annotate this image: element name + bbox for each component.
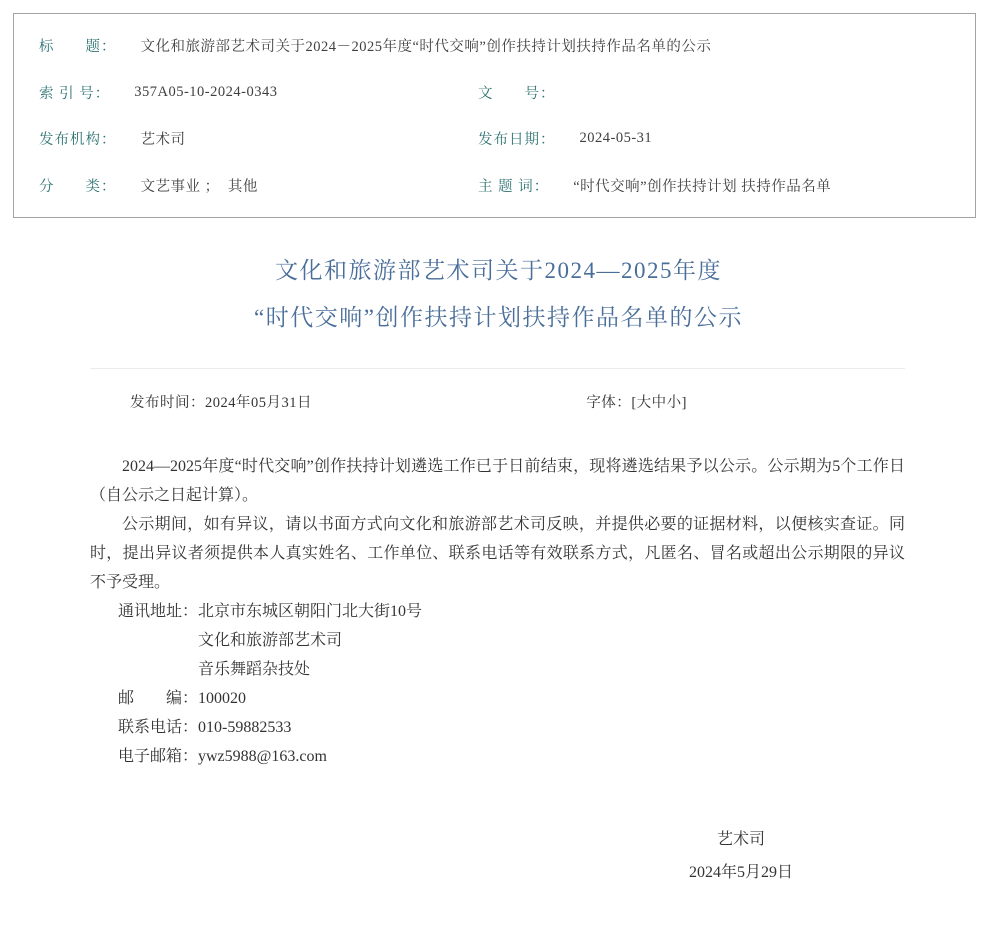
font-selector-bracket-close: ] xyxy=(682,395,687,411)
contact-email-label: 电子邮箱： xyxy=(118,742,198,771)
info-cell-agency: 发布机构： 艺术司 xyxy=(14,128,478,149)
document-body: 2024—2025年度“时代交响”创作扶持计划遴选工作已于日前结束，现将遴选结果… xyxy=(90,452,905,889)
pub-date-label: 发布日期： xyxy=(478,128,556,149)
agency-label: 发布机构： xyxy=(39,128,117,149)
publish-info-bar: 发布时间：2024年05月31日 字体：[大中小] xyxy=(90,368,905,412)
contact-address-value2: 文化和旅游部艺术司 xyxy=(198,626,342,655)
contact-address-line: 通讯地址： 北京市东城区朝阳门北大街10号 xyxy=(118,597,905,626)
info-cell-title: 标 题： 文化和旅游部艺术司关于2024－2025年度“时代交响”创作扶持计划扶… xyxy=(14,35,975,56)
contact-spacer xyxy=(118,626,198,655)
publish-time-value: 2024年05月31日 xyxy=(205,395,312,411)
signature: 艺术司 2024年5月29日 xyxy=(689,823,793,889)
index-no-label: 索 引 号： xyxy=(39,82,110,103)
contact-spacer xyxy=(118,655,198,684)
page-title-line1: 文化和旅游部艺术司关于2024—2025年度 xyxy=(0,247,997,294)
info-row-index: 索 引 号： 357A05-10-2024-0343 文 号： xyxy=(14,70,975,114)
page-title: 文化和旅游部艺术司关于2024—2025年度 “时代交响”创作扶持计划扶持作品名… xyxy=(0,247,997,341)
info-cell-pub-date: 发布日期： 2024-05-31 xyxy=(478,128,975,149)
publish-time-label: 发布时间： xyxy=(130,395,205,411)
contact-email-value: ywz5988@163.com xyxy=(198,742,327,771)
article: 文化和旅游部艺术司关于2024—2025年度 “时代交响”创作扶持计划扶持作品名… xyxy=(0,218,997,889)
body-paragraph-1: 2024—2025年度“时代交响”创作扶持计划遴选工作已于日前结束，现将遴选结果… xyxy=(90,452,905,510)
body-paragraph-2: 公示期间，如有异议，请以书面方式向文化和旅游部艺术司反映，并提供必要的证据材料，… xyxy=(90,510,905,597)
contact-email-line: 电子邮箱： ywz5988@163.com xyxy=(118,742,905,771)
agency-value: 艺术司 xyxy=(141,128,186,149)
info-cell-subject: 主 题 词： “时代交响”创作扶持计划 扶持作品名单 xyxy=(478,175,975,196)
category-value: 文艺事业 ； 其他 xyxy=(141,175,258,196)
font-size-small-button[interactable]: 小 xyxy=(667,395,682,411)
contact-address-value3: 音乐舞蹈杂技处 xyxy=(198,655,310,684)
contact-address-line3: 音乐舞蹈杂技处 xyxy=(118,655,905,684)
info-cell-doc-no: 文 号： xyxy=(478,82,975,103)
pub-date-value: 2024-05-31 xyxy=(580,130,653,147)
document-info-box: 标 题： 文化和旅游部艺术司关于2024－2025年度“时代交响”创作扶持计划扶… xyxy=(13,13,976,218)
index-no-value: 357A05-10-2024-0343 xyxy=(134,84,277,101)
contact-address-label: 通讯地址： xyxy=(118,597,198,626)
document-page: { "colors": { "label_teal": "#2d7272", "… xyxy=(0,0,997,930)
info-row-title: 标 题： 文化和旅游部艺术司关于2024－2025年度“时代交响”创作扶持计划扶… xyxy=(14,23,975,67)
page-title-line2: “时代交响”创作扶持计划扶持作品名单的公示 xyxy=(0,294,997,341)
contact-phone-value: 010-59882533 xyxy=(198,713,291,742)
contact-zip-value: 100020 xyxy=(198,684,246,713)
contact-zip-line: 邮 编： 100020 xyxy=(118,684,905,713)
info-cell-category: 分 类： 文艺事业 ； 其他 xyxy=(14,175,478,196)
subject-value: “时代交响”创作扶持计划 扶持作品名单 xyxy=(573,175,831,196)
subject-label: 主 题 词： xyxy=(478,175,549,196)
contact-block: 通讯地址： 北京市东城区朝阳门北大街10号 文化和旅游部艺术司 音乐舞蹈杂技处 … xyxy=(90,597,905,771)
publish-time: 发布时间：2024年05月31日 xyxy=(130,391,312,412)
contact-address-value: 北京市东城区朝阳门北大街10号 xyxy=(198,597,422,626)
info-row-category: 分 类： 文艺事业 ； 其他 主 题 词： “时代交响”创作扶持计划 扶持作品名… xyxy=(14,164,975,208)
contact-address-line2: 文化和旅游部艺术司 xyxy=(118,626,905,655)
font-size-selector: 字体：[大中小] xyxy=(586,391,687,412)
contact-phone-label: 联系电话： xyxy=(118,713,198,742)
signature-date: 2024年5月29日 xyxy=(689,856,793,889)
signature-block: 艺术司 2024年5月29日 xyxy=(90,823,905,889)
info-row-agency: 发布机构： 艺术司 发布日期： 2024-05-31 xyxy=(14,117,975,161)
info-cell-index-no: 索 引 号： 357A05-10-2024-0343 xyxy=(14,82,478,103)
signature-org: 艺术司 xyxy=(689,823,793,856)
title-field-value: 文化和旅游部艺术司关于2024－2025年度“时代交响”创作扶持计划扶持作品名单… xyxy=(141,35,712,56)
font-size-large-button[interactable]: 大 xyxy=(637,395,652,411)
category-label: 分 类： xyxy=(39,175,117,196)
contact-zip-label: 邮 编： xyxy=(118,684,198,713)
title-field-label: 标 题： xyxy=(39,35,117,56)
font-size-medium-button[interactable]: 中 xyxy=(652,395,667,411)
doc-no-label: 文 号： xyxy=(478,82,556,103)
font-selector-label: 字体： xyxy=(586,395,631,411)
contact-phone-line: 联系电话： 010-59882533 xyxy=(118,713,905,742)
